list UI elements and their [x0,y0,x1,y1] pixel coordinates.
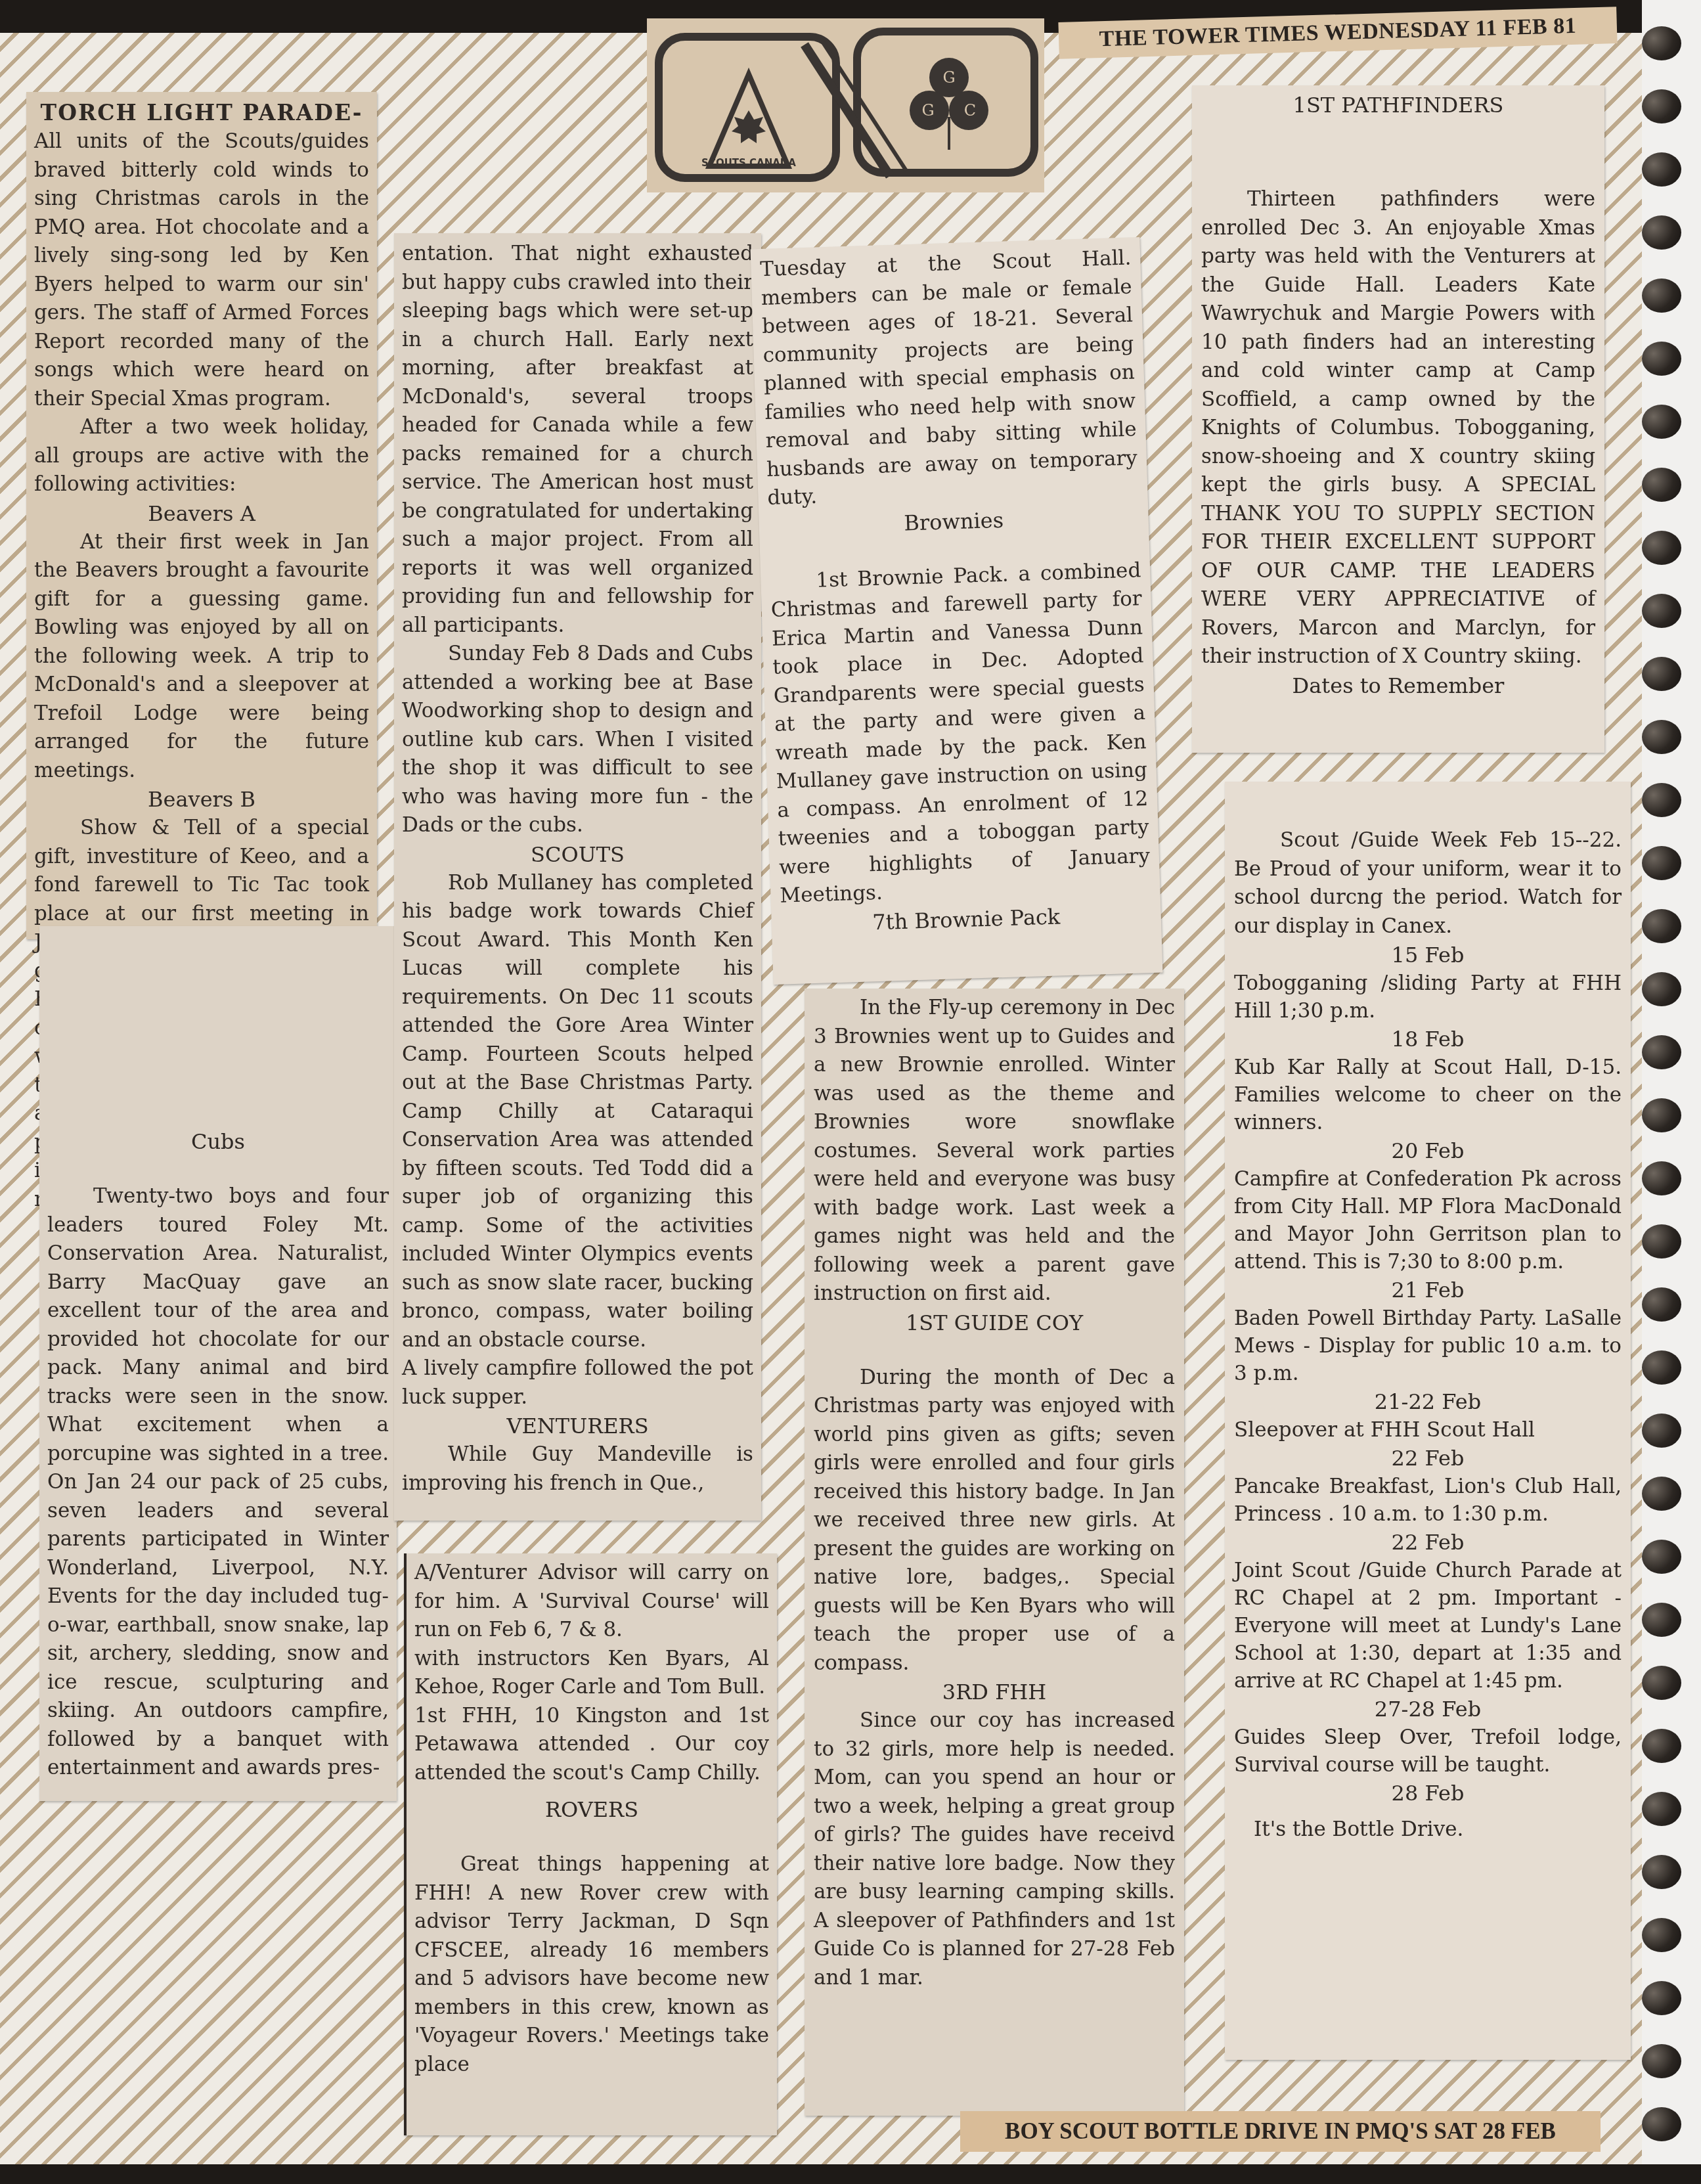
article-text: Rob Mullaney has completed his badge wor… [402,869,753,1355]
event-description: Kub Kar Rally at Scout Hall, D-15. Famil… [1234,1054,1622,1136]
binding-ring-icon [1642,1414,1681,1448]
event-date: 21 Feb [1234,1276,1622,1304]
article-text: While Guy Mandeville is improving his fr… [402,1440,753,1498]
article-text: Twenty-two boys and four leaders toured … [47,1182,389,1783]
binding-ring-icon [1642,1855,1681,1889]
trefoil-letter: G [921,101,934,120]
binding-ring-icon [1642,468,1681,502]
binding-ring-icon [1642,1350,1681,1385]
binding-ring-icon [1642,720,1681,754]
event-description: Sleepover at FHH Scout Hall [1234,1416,1622,1444]
event-date: 22 Feb [1234,1444,1622,1473]
cubs-continued-clipping: entation. That night exhausted but happy… [394,233,761,1521]
article-text: During the month of Dec a Christmas part… [814,1364,1175,1678]
binding-ring-icon [1642,1224,1681,1259]
event-description: Baden Powell Birthday Party. LaSalle Mew… [1234,1304,1622,1387]
article-text: Sunday Feb 8 Dads and Cubs attended a wo… [402,640,753,840]
section-heading-1st-pathfinders: 1ST PATHFINDERS [1201,91,1595,120]
binding-ring-icon [1642,1981,1681,2015]
binding-ring-icon [1642,2044,1681,2078]
event-description: Tobogganing /sliding Party at FHH Hill 1… [1234,969,1622,1025]
section-heading-1st-guide-coy: 1ST GUIDE COY [814,1308,1175,1337]
article-text: Great things happening at FHH! A new Rov… [414,1850,769,2079]
binding-ring-icon [1642,2107,1681,2141]
binding-ring-icon [1642,1161,1681,1195]
article-text: Thirteen pathfinders were enrolled Dec 3… [1201,185,1595,671]
article-text: Since our coy has increased to 32 girls,… [814,1706,1175,1992]
article-text: A/Venturer Advisor will carry on for him… [414,1559,769,1645]
article-text: with instructors Ken Byars, Al Kehoe, Ro… [414,1645,769,1702]
dates-to-remember-clipping: Scout /Guide Week Feb 15--22. Be Proud o… [1225,782,1631,2060]
binding-ring-icon [1642,1035,1681,1069]
event-date: 22 Feb [1234,1528,1622,1557]
binding-ring-icon [1642,215,1681,250]
article-text: All units of the Scouts/guides braved bi… [34,127,369,413]
section-heading-3rd-fhh: 3RD FHH [814,1678,1175,1706]
article-text: Scout /Guide Week Feb 15--22. Be Proud o… [1234,826,1622,941]
binding-ring-icon [1642,1918,1681,1952]
cubs-clipping: Cubs Twenty-two boys and four leaders to… [39,926,397,1801]
binding-ring-icon [1642,909,1681,943]
spiral-binding [1642,26,1688,2181]
section-heading-beavers-a: Beavers A [34,499,369,528]
dates-list: 15 FebTobogganing /sliding Party at FHH … [1234,941,1622,1808]
closing-note: It's the Bottle Drive. [1234,1816,1622,1844]
bottle-drive-banner: BOY SCOUT BOTTLE DRIVE IN PMQ'S SAT 28 F… [960,2111,1601,2152]
event-date: 15 Feb [1234,941,1622,969]
venturers-rovers-clipping: A/Venturer Advisor will carry on for him… [404,1553,777,2135]
binding-ring-icon [1642,846,1681,880]
article-text: 1st FHH, 10 Kingston and 1st Petawawa at… [414,1702,769,1788]
binding-ring-icon [1642,1603,1681,1637]
binding-ring-icon [1642,279,1681,313]
event-date: 27-28 Feb [1234,1695,1622,1724]
rovers-brownies-clipping: Tuesday at the Scout Hall. members can b… [751,237,1163,985]
event-date: 28 Feb [1234,1779,1622,1808]
section-heading-cubs: Cubs [47,930,389,1156]
scouts-canada-label: SCOUTS CANADA [701,157,796,169]
binding-ring-icon [1642,1729,1681,1763]
bottom-edge-shadow [0,2164,1701,2184]
event-description: Guides Sleep Over, Trefoil lodge, Surviv… [1234,1724,1622,1779]
article-text: After a two week holiday, all groups are… [34,413,369,499]
section-heading-rovers: ROVERS [414,1795,769,1824]
event-date: 20 Feb [1234,1136,1622,1165]
headline-torch-light-parade: TORCH LIGHT PARADE- [34,99,369,127]
binding-ring-icon [1642,405,1681,439]
binding-ring-icon [1642,531,1681,565]
binding-ring-icon [1642,89,1681,123]
scouts-guides-emblem-icon: SCOUTS CANADA G G C [647,18,1044,192]
binding-ring-icon [1642,152,1681,187]
article-text: At their first week in Jan the Beavers b… [34,528,369,786]
article-text: Tuesday at the Scout Hall. members can b… [760,244,1139,512]
article-text: In the Fly-up ceremony in Dec 3 Brownies… [814,994,1175,1308]
event-description: Joint Scout /Guide Church Parade at RC C… [1234,1557,1622,1695]
binding-ring-icon [1642,1540,1681,1574]
section-heading-venturers: VENTURERS [402,1412,753,1440]
event-date: 21-22 Feb [1234,1387,1622,1416]
event-description: Campfire at Confederation Pk across from… [1234,1165,1622,1276]
guides-clipping: In the Fly-up ceremony in Dec 3 Brownies… [805,989,1184,2116]
event-description: Pancake Breakfast, Lion's Club Hall, Pri… [1234,1473,1622,1528]
section-heading-scouts: SCOUTS [402,840,753,869]
section-heading-dates-to-remember: Dates to Remember [1201,671,1595,700]
article-text: entation. That night exhausted but happy… [402,240,753,640]
pathfinders-clipping: 1ST PATHFINDERS Thirteen pathfinders wer… [1192,85,1604,753]
binding-ring-icon [1642,1287,1681,1322]
event-date: 18 Feb [1234,1025,1622,1054]
binding-ring-icon [1642,594,1681,628]
trefoil-letter: G [942,68,955,87]
section-heading-beavers-b: Beavers B [34,785,369,814]
binding-ring-icon [1642,1792,1681,1826]
binding-ring-icon [1642,1098,1681,1132]
binding-ring-icon [1642,972,1681,1006]
binding-ring-icon [1642,783,1681,817]
binding-ring-icon [1642,1477,1681,1511]
scouts-guides-logo-clipping: SCOUTS CANADA G G C [647,18,1044,192]
torch-light-parade-clipping: TORCH LIGHT PARADE- All units of the Sco… [26,92,377,939]
binding-ring-icon [1642,1666,1681,1700]
binding-ring-icon [1642,657,1681,691]
binding-ring-icon [1642,342,1681,376]
article-text: 1st Brownie Pack. a combined Christmas a… [770,556,1151,910]
binding-ring-icon [1642,26,1681,60]
trefoil-letter: C [964,101,976,120]
article-text: A lively campfire followed the pot luck … [402,1354,753,1412]
